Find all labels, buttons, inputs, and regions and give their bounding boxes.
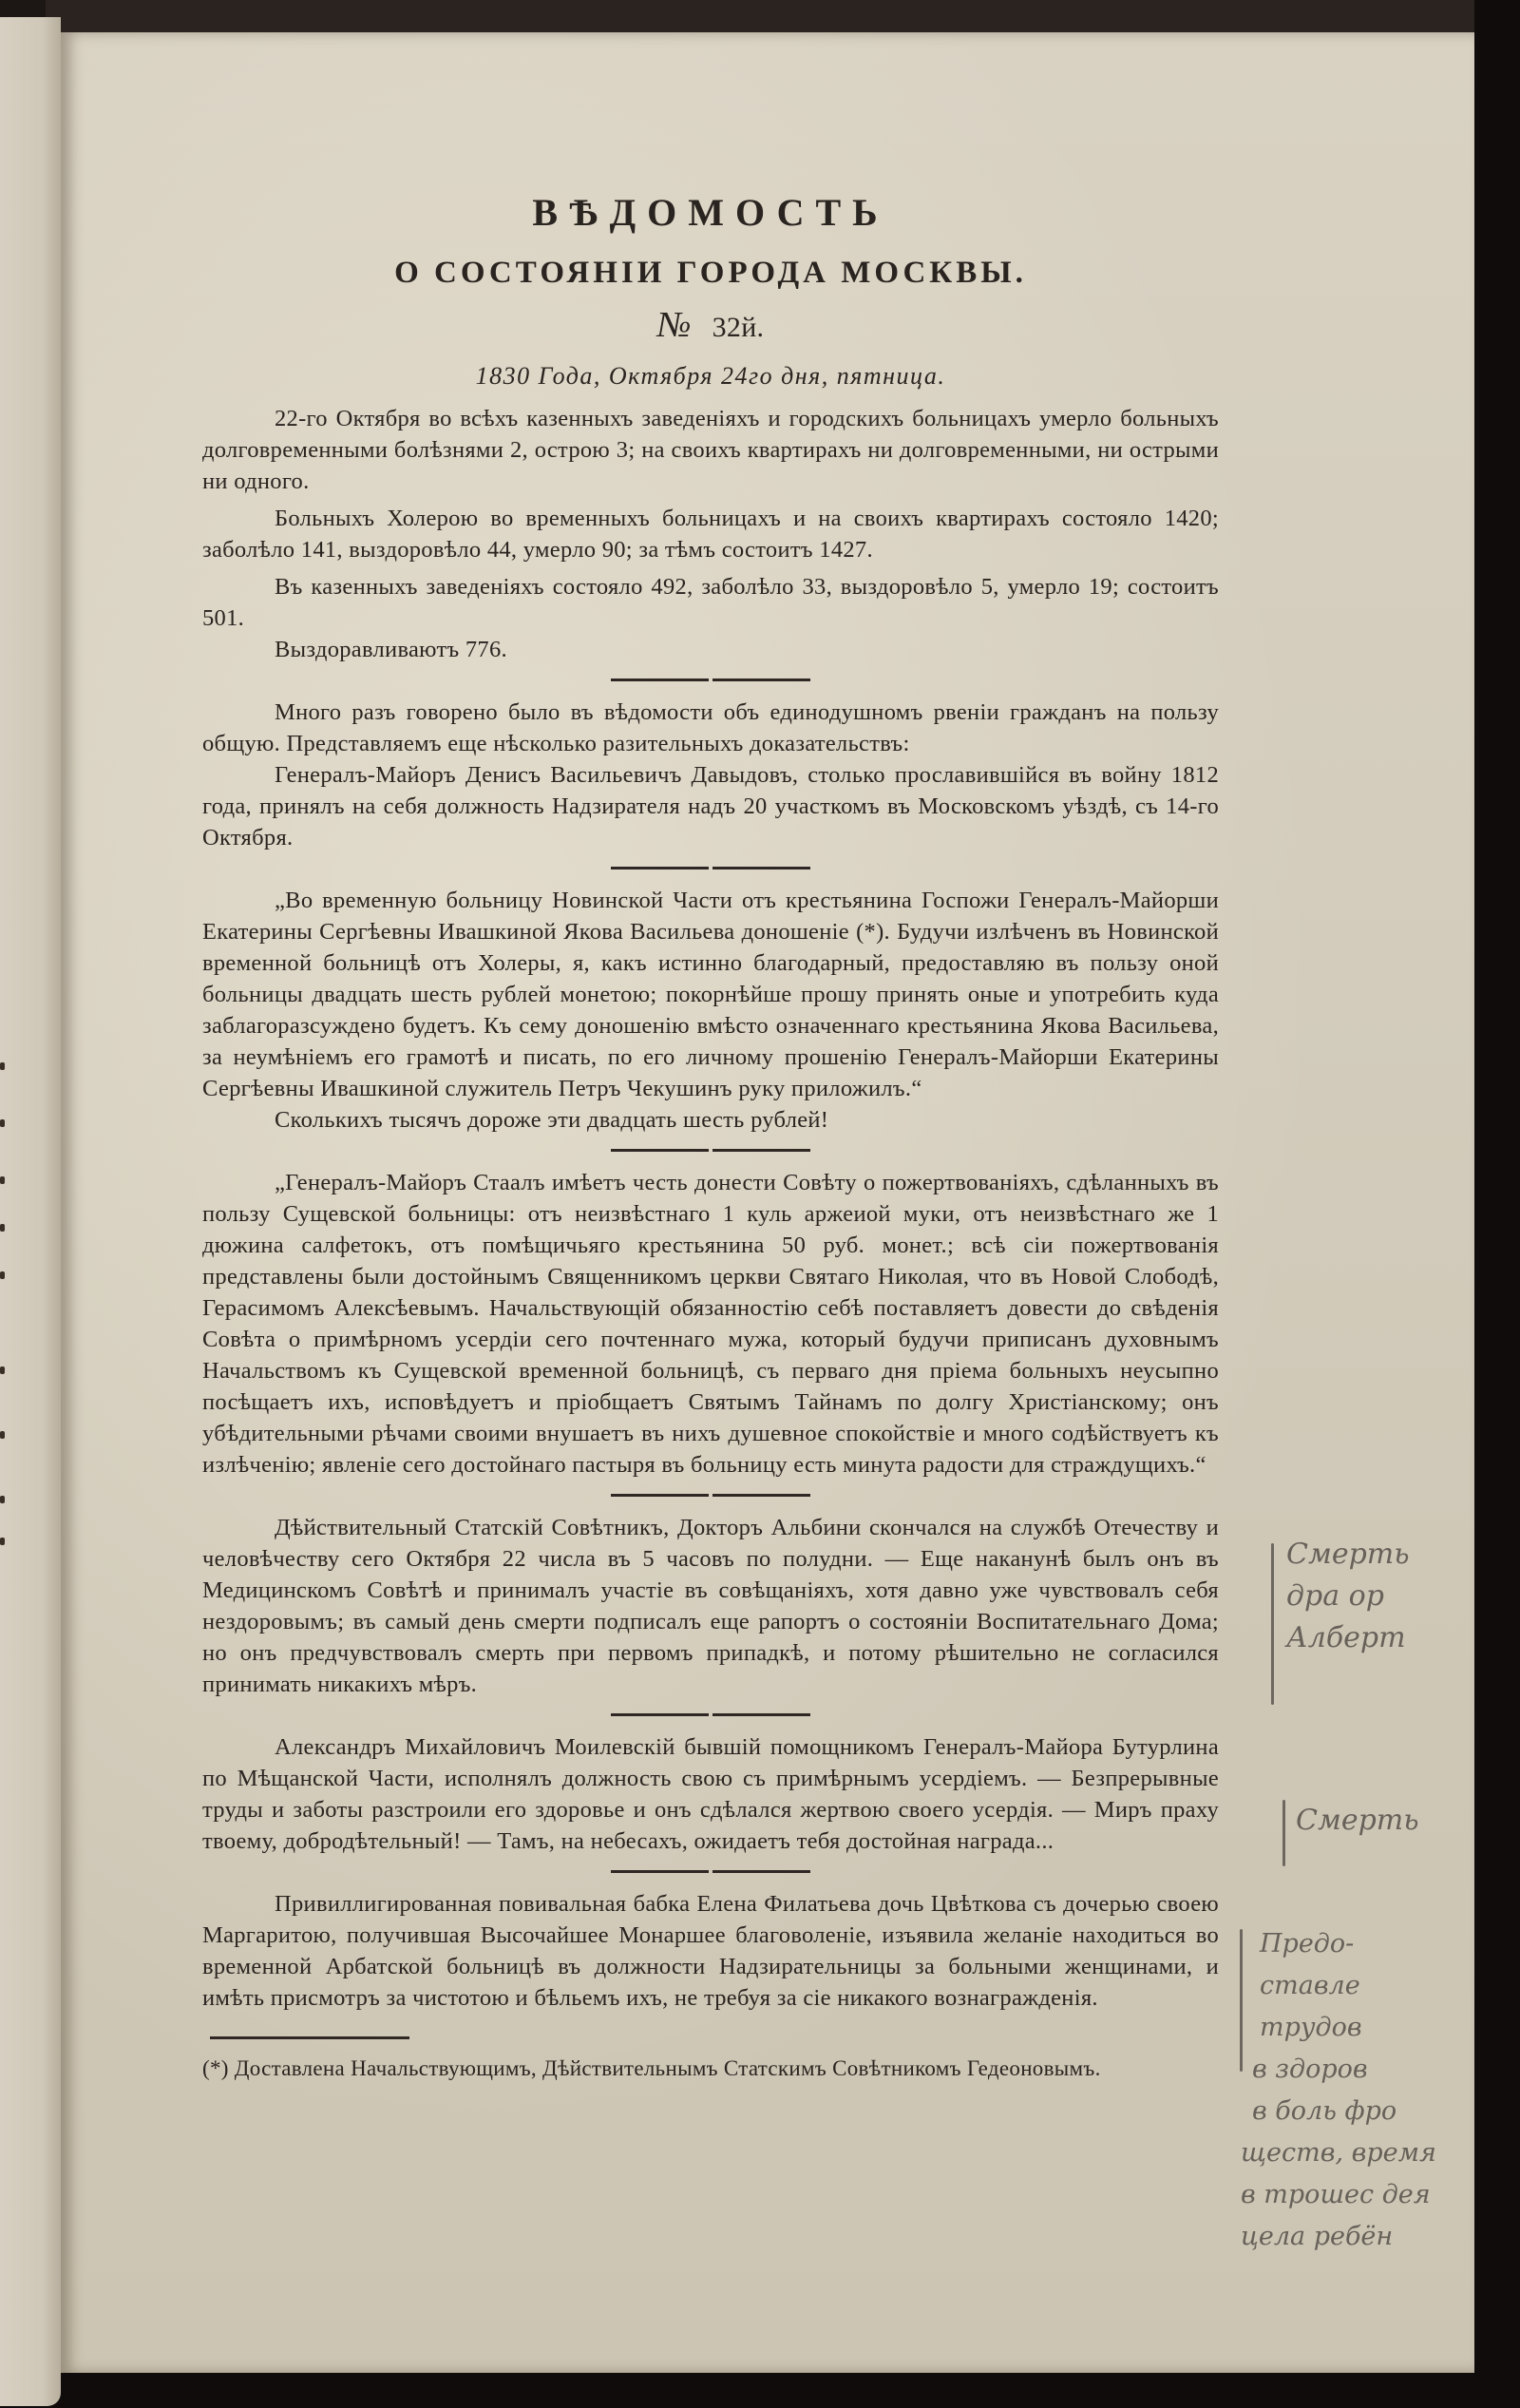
issue-number: № 32й.: [202, 306, 1219, 347]
section-divider: [611, 678, 810, 681]
margin-note-line: Смерть: [1296, 1800, 1419, 1842]
paragraph: Александръ Михайловичъ Моилевскій бывшій…: [202, 1731, 1219, 1857]
paragraph: Выздоравливаютъ 776.: [202, 634, 1219, 665]
margin-note-line: в трошес дея: [1241, 2174, 1436, 2216]
margin-note-1: Смерть дра ор Алберт: [1286, 1534, 1410, 1659]
footnote-divider: [210, 2036, 409, 2039]
margin-note-line: трудов: [1260, 2007, 1436, 2049]
bleed-through-marks: [0, 17, 9, 2406]
paragraph: Много разъ говорено было въ вѣдомости об…: [202, 697, 1219, 759]
margin-note-line: в здоров: [1252, 2049, 1436, 2091]
scan-right-border: [1474, 0, 1520, 2408]
masthead-subtitle: О СОСТОЯНІИ ГОРОДА МОСКВЫ.: [202, 253, 1219, 293]
section-novinsky-donation: „Во временную больницу Новинской Части о…: [202, 885, 1219, 1136]
margin-bracket: [1240, 1929, 1243, 2072]
section-statistics: 22-го Октября во всѣхъ казенныхъ заведен…: [202, 403, 1219, 665]
newspaper-page: ВѢДОМОСТЬ О СОСТОЯНІИ ГОРОДА МОСКВЫ. № 3…: [61, 32, 1474, 2373]
page-content: ВѢДОМОСТЬ О СОСТОЯНІИ ГОРОДА МОСКВЫ. № 3…: [202, 190, 1219, 2084]
margin-note-line: Алберт: [1286, 1617, 1410, 1659]
paragraph: Генералъ-Майоръ Денисъ Васильевичъ Давыд…: [202, 759, 1219, 853]
section-moilevsky-obituary: Александръ Михайловичъ Моилевскій бывшій…: [202, 1731, 1219, 1857]
paragraph: 22-го Октября во всѣхъ казенныхъ заведен…: [202, 403, 1219, 497]
margin-note-2: Смерть: [1296, 1800, 1419, 1842]
paragraph: Больныхъ Холерою во временныхъ больницах…: [202, 503, 1219, 565]
section-civic-zeal: Много разъ говорено было въ вѣдомости об…: [202, 697, 1219, 853]
scan-bottom-border: [0, 2373, 1520, 2408]
paragraph: „Во временную больницу Новинской Части о…: [202, 885, 1219, 1104]
dateline: 1830 Года, Октября 24го дня, пятница.: [202, 360, 1219, 392]
issue-number-value: 32й.: [712, 312, 765, 343]
margin-note-3: Предо- ставле трудов в здоров в боль фро…: [1260, 1923, 1436, 2258]
paragraph: „Генералъ-Майоръ Стаалъ имѣетъ честь дон…: [202, 1167, 1219, 1481]
margin-note-line: цела ребён: [1241, 2216, 1436, 2258]
section-divider: [611, 1870, 810, 1873]
margin-note-line: Предо-: [1260, 1923, 1436, 1965]
margin-bracket: [1271, 1543, 1274, 1705]
margin-note-line: ществ, время: [1241, 2132, 1436, 2174]
section-divider: [611, 1494, 810, 1497]
paragraph: Сколькихъ тысячъ дороже эти двадцать шес…: [202, 1104, 1219, 1136]
margin-note-line: дра ор: [1286, 1576, 1410, 1617]
section-staal-report: „Генералъ-Майоръ Стаалъ имѣетъ честь дон…: [202, 1167, 1219, 1481]
previous-page-leaf: [0, 17, 61, 2406]
paragraph: Дѣйствительный Статскій Совѣтникъ, Докто…: [202, 1512, 1219, 1700]
section-divider: [611, 867, 810, 870]
section-albini-obituary: Дѣйствительный Статскій Совѣтникъ, Докто…: [202, 1512, 1219, 1700]
paragraph: Въ казенныхъ заведеніяхъ состояло 492, з…: [202, 571, 1219, 634]
section-divider: [611, 1149, 810, 1152]
numero-symbol: №: [657, 305, 692, 345]
masthead-title: ВѢДОМОСТЬ: [202, 190, 1219, 236]
margin-note-line: в боль фро: [1252, 2091, 1436, 2132]
scan-top-border: [46, 0, 1520, 32]
margin-note-line: ставле: [1260, 1965, 1436, 2007]
margin-note-line: Смерть: [1286, 1534, 1410, 1576]
section-tsvetkova: Привиллигированная повивальная бабка Еле…: [202, 1888, 1219, 2014]
paragraph: Привиллигированная повивальная бабка Еле…: [202, 1888, 1219, 2014]
margin-bracket: [1282, 1800, 1285, 1866]
section-divider: [611, 1713, 810, 1716]
footnote: (*) Доставлена Начальствующимъ, Дѣйствит…: [202, 2053, 1219, 2084]
